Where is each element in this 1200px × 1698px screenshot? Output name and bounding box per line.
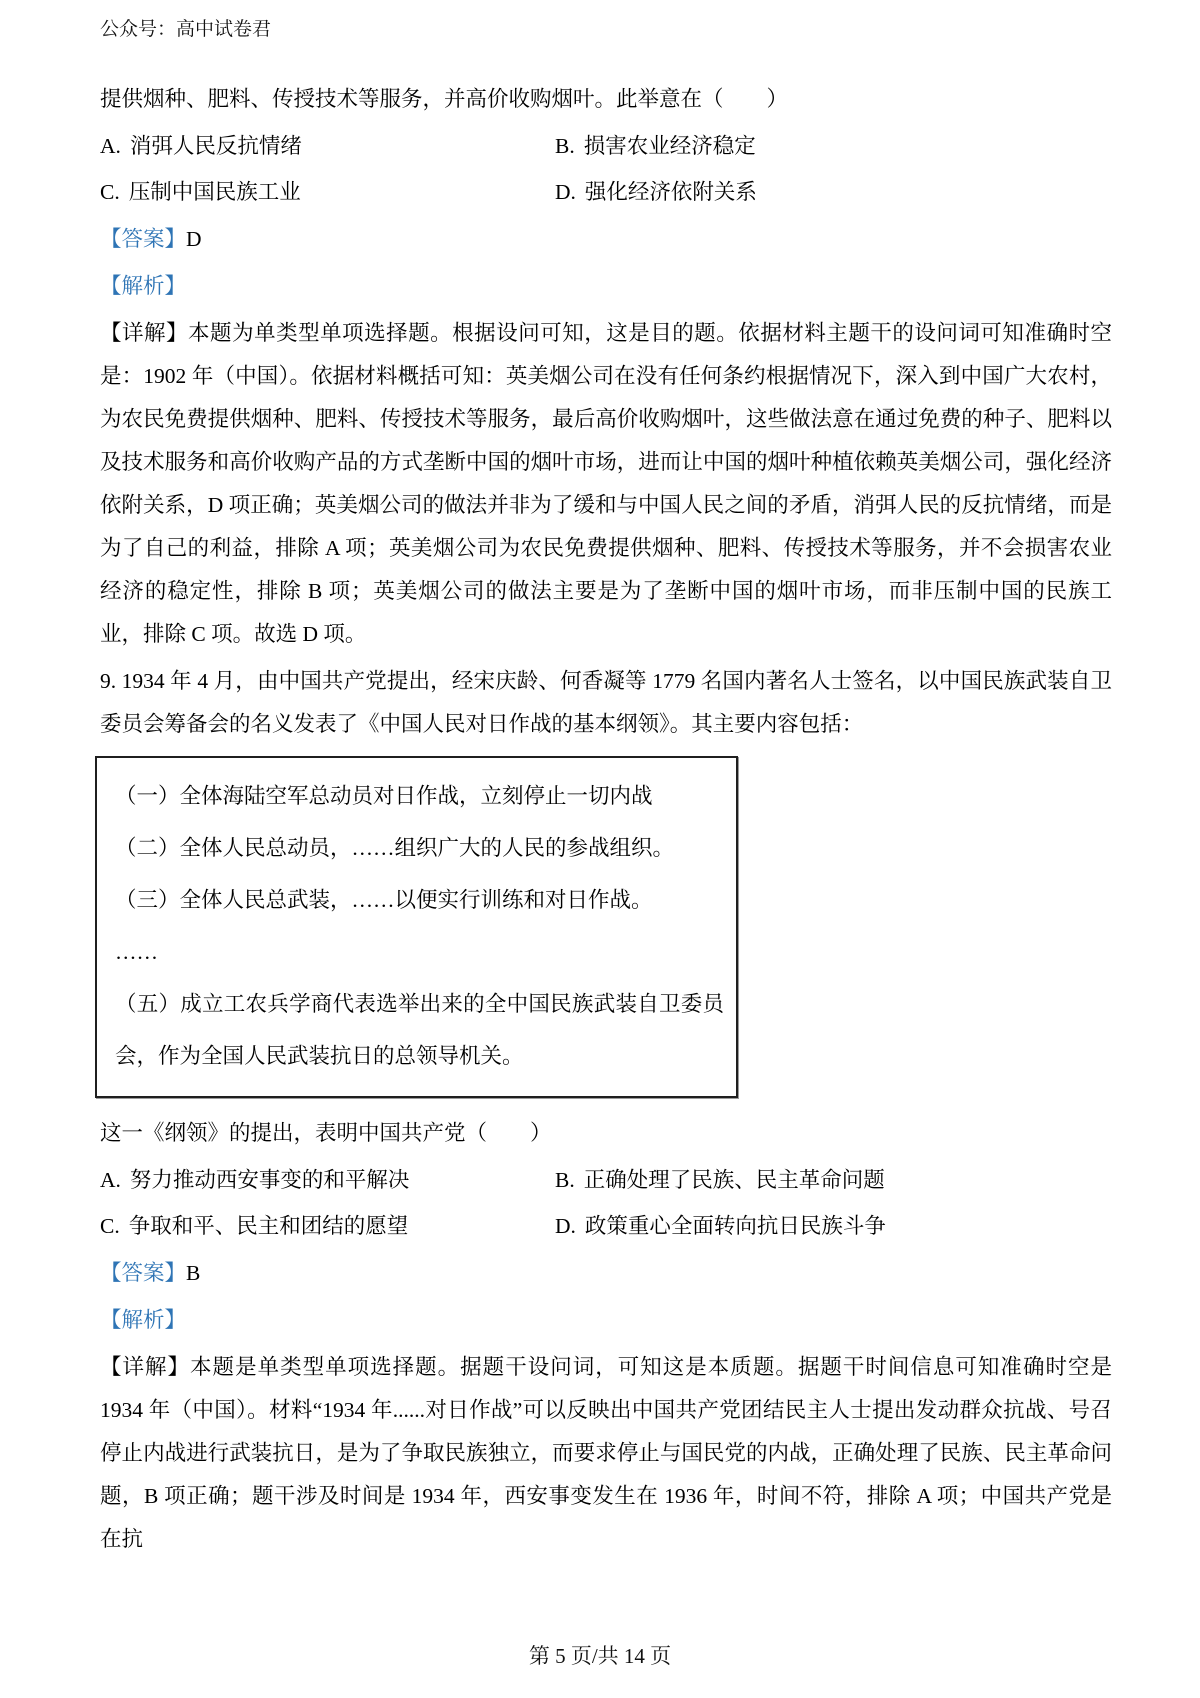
- box-line: （一）全体海陆空军总动员对日作战，立刻停止一切内战: [115, 770, 724, 822]
- watermark-text: 公众号：高中试卷君: [100, 19, 271, 40]
- q9-analysis-line: 【解析】: [100, 1299, 1112, 1342]
- detail-text: 本题为单类型单项选择题。根据设问可知，这是目的题。依据材料主题干的设问词可知准确…: [100, 321, 1112, 646]
- detail-label: 【详解】: [100, 1355, 190, 1379]
- option-text: 强化经济依附关系: [585, 180, 757, 204]
- q9-option-a: A.努力推动西安事变的和平解决: [100, 1159, 555, 1202]
- analysis-label: 【解析】: [100, 274, 186, 298]
- option-text: 正确处理了民族、民主革命问题: [584, 1168, 885, 1192]
- option-letter: A.: [100, 125, 121, 168]
- q8-option-d: D.强化经济依附关系: [555, 171, 1112, 214]
- q9-answer-line: 【答案】B: [100, 1252, 1112, 1295]
- q8-options: A.消弭人民反抗情绪 B.损害农业经济稳定 C.压制中国民族工业 D.强化经济依…: [100, 125, 1112, 214]
- q9-option-d: D.政策重心全面转向抗日民族斗争: [555, 1205, 1112, 1248]
- page-content: 提供烟种、肥料、传授技术等服务，并高价收购烟叶。此举意在（ ） A.消弭人民反抗…: [100, 78, 1112, 1561]
- detail-text: 本题是单类型单项选择题。据题干设问词，可知这是本质题。据题干时间信息可知准确时空…: [100, 1355, 1112, 1551]
- detail-label: 【详解】: [100, 321, 188, 345]
- option-text: 消弭人民反抗情绪: [130, 134, 302, 158]
- q9-option-b: B.正确处理了民族、民主革命问题: [555, 1159, 1112, 1202]
- option-letter: D.: [555, 171, 576, 214]
- option-letter: B.: [555, 125, 575, 168]
- q9-stem: 9. 1934 年 4 月，由中国共产党提出，经宋庆龄、何香凝等 1779 名国…: [100, 660, 1112, 746]
- answer-label: 【答案】: [100, 1261, 186, 1285]
- option-text: 争取和平、民主和团结的愿望: [129, 1214, 409, 1238]
- option-letter: B.: [555, 1159, 575, 1202]
- option-text: 努力推动西安事变的和平解决: [130, 1168, 410, 1192]
- box-line: （五）成立工农兵学商代表选举出来的全中国民族武装自卫委员会，作为全国人民武装抗日…: [115, 978, 724, 1082]
- option-letter: A.: [100, 1159, 121, 1202]
- analysis-label: 【解析】: [100, 1308, 186, 1332]
- box-line: （二）全体人民总动员，……组织广大的人民的参战组织。: [115, 822, 724, 874]
- option-letter: C.: [100, 1205, 120, 1248]
- q9-detail: 【详解】本题是单类型单项选择题。据题干设问词，可知这是本质题。据题干时间信息可知…: [100, 1346, 1112, 1561]
- page-footer: 第 5 页/共 14 页: [0, 1640, 1200, 1670]
- q8-option-c: C.压制中国民族工业: [100, 171, 555, 214]
- q9-option-c: C.争取和平、民主和团结的愿望: [100, 1205, 555, 1248]
- box-line-ellipsis: ……: [115, 926, 724, 978]
- page-header: 公众号：高中试卷君: [100, 14, 271, 41]
- q8-analysis-line: 【解析】: [100, 265, 1112, 308]
- document-page: 公众号：高中试卷君 提供烟种、肥料、传授技术等服务，并高价收购烟叶。此举意在（ …: [0, 0, 1200, 1698]
- answer-value: D: [186, 227, 202, 251]
- q8-stem: 提供烟种、肥料、传授技术等服务，并高价收购烟叶。此举意在（ ）: [100, 78, 1112, 121]
- q9-question: 这一《纲领》的提出，表明中国共产党（ ）: [100, 1112, 1112, 1155]
- option-letter: C.: [100, 171, 120, 214]
- option-text: 损害农业经济稳定: [584, 134, 756, 158]
- q8-answer-line: 【答案】D: [100, 218, 1112, 261]
- box-line: （三）全体人民总武装，……以便实行训练和对日作战。: [115, 874, 724, 926]
- answer-label: 【答案】: [100, 227, 186, 251]
- q9-material-box: （一）全体海陆空军总动员对日作战，立刻停止一切内战 （二）全体人民总动员，……组…: [95, 756, 738, 1098]
- option-text: 压制中国民族工业: [129, 180, 301, 204]
- q9-options: A.努力推动西安事变的和平解决 B.正确处理了民族、民主革命问题 C.争取和平、…: [100, 1159, 1112, 1248]
- q8-option-a: A.消弭人民反抗情绪: [100, 125, 555, 168]
- answer-value: B: [186, 1261, 200, 1285]
- q8-detail: 【详解】本题为单类型单项选择题。根据设问可知，这是目的题。依据材料主题干的设问词…: [100, 312, 1112, 656]
- page-number: 第 5 页/共 14 页: [529, 1644, 671, 1668]
- option-letter: D.: [555, 1205, 576, 1248]
- option-text: 政策重心全面转向抗日民族斗争: [585, 1214, 886, 1238]
- q8-option-b: B.损害农业经济稳定: [555, 125, 1112, 168]
